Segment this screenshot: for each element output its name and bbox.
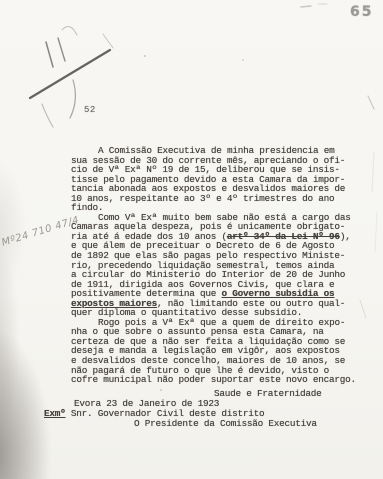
letter-line: 10 anos, respeitante ao 3º e 4º trimestr…	[71, 194, 377, 204]
closing-salutation: Saude e Fraternidade	[71, 389, 377, 399]
line-text: Snr. Governador Civil deste distrito	[66, 408, 265, 419]
letter-line: cofre municipal não poder suportar este …	[71, 375, 377, 385]
letter-body: A Comissão Executiva de minha presidenci…	[71, 146, 377, 429]
line-text: ),	[340, 231, 351, 242]
typed-sheet-number: 52	[84, 105, 96, 115]
pencil-scribble	[30, 26, 113, 127]
scanned-letter-page: 65 52 Mº24 710 47/4 A Comissão Executiva…	[0, 0, 383, 479]
closing-signature-title: O Presidente da Comissão Executiva	[71, 419, 377, 429]
addressee-honorific: Exmº	[44, 408, 66, 419]
archive-folio-stamp: 65	[350, 4, 373, 20]
closing-addressee: Exmº Snr. Governador Civil deste distrit…	[44, 409, 377, 419]
